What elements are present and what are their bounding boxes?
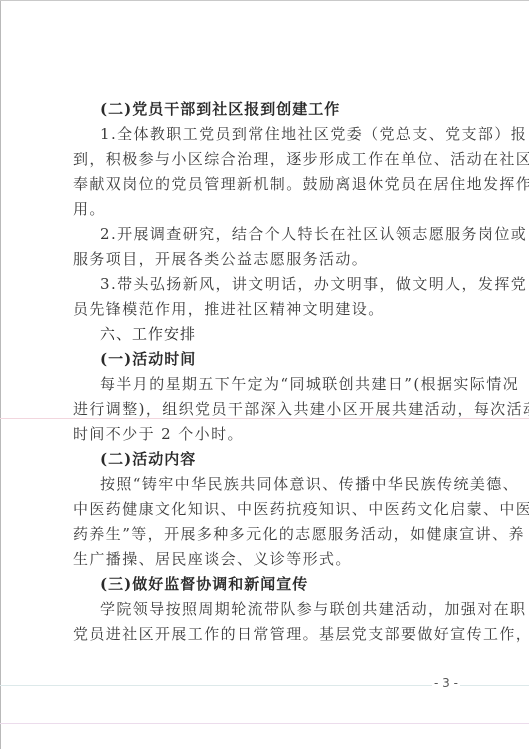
paragraph-line: 用。 [73, 197, 463, 222]
paragraph-line: 进行调整)，组织党员干部深入共建小区开展共建活动，每次活动 [73, 397, 463, 422]
section-heading-supervision-publicity: (三)做好监督协调和新闻宣传 [73, 572, 463, 597]
paragraph-line: 3.带头弘扬新风，讲文明话，办文明事，做文明人，发挥党 [73, 272, 463, 297]
page-edge-left [0, 0, 1, 749]
paragraph-line: 学院领导按照周期轮流带队参与联创共建活动，加强对在职 [73, 597, 463, 622]
page-bottom-rule [0, 723, 529, 724]
paragraph-line: 生广播操、居民座谈会、义诊等形式。 [73, 547, 463, 572]
paragraph-line: 党员进社区开展工作的日常管理。基层党支部要做好宣传工作， [73, 622, 463, 647]
paragraph-line: 药养生”等，开展多种多元化的志愿服务活动，如健康宣讲、养 [73, 522, 463, 547]
page-number: - 3 - [432, 676, 460, 690]
section-heading-activity-content: (二)活动内容 [73, 447, 463, 472]
paragraph-line: 每半月的星期五下午定为“同城联创共建日”(根据实际情况 [73, 372, 463, 397]
paragraph-line: 到，积极参与小区综合治理，逐步形成工作在单位、活动在社区， [73, 147, 463, 172]
document-body: (二)党员干部到社区报到创建工作 1.全体教职工党员到常住地社区党委（党总支、党… [73, 97, 463, 647]
section-heading-work-arrangement: 六、工作安排 [73, 322, 463, 347]
paragraph-line: 2.开展调查研究，结合个人特长在社区认领志愿服务岗位或 [73, 222, 463, 247]
page-edge-top [0, 0, 529, 1]
paragraph-line: 时间不少于 2 个小时。 [73, 422, 463, 447]
paragraph-line: 奉献双岗位的党员管理新机制。鼓励离退休党员在居住地发挥作 [73, 172, 463, 197]
section-heading-activity-time: (一)活动时间 [73, 347, 463, 372]
paragraph-line: 1.全体教职工党员到常住地社区党委（党总支、党支部）报 [73, 122, 463, 147]
paragraph-line: 员先锋模范作用，推进社区精神文明建设。 [73, 297, 463, 322]
paragraph-line: 服务项目，开展各类公益志愿服务活动。 [73, 247, 463, 272]
section-heading-party-members-report: (二)党员干部到社区报到创建工作 [73, 97, 463, 122]
paragraph-line: 按照“铸牢中华民族共同体意识、传播中华民族传统美德、 [73, 472, 463, 497]
paragraph-line: 中医药健康文化知识、中医药抗疫知识、中医药文化启蒙、中医 [73, 497, 463, 522]
